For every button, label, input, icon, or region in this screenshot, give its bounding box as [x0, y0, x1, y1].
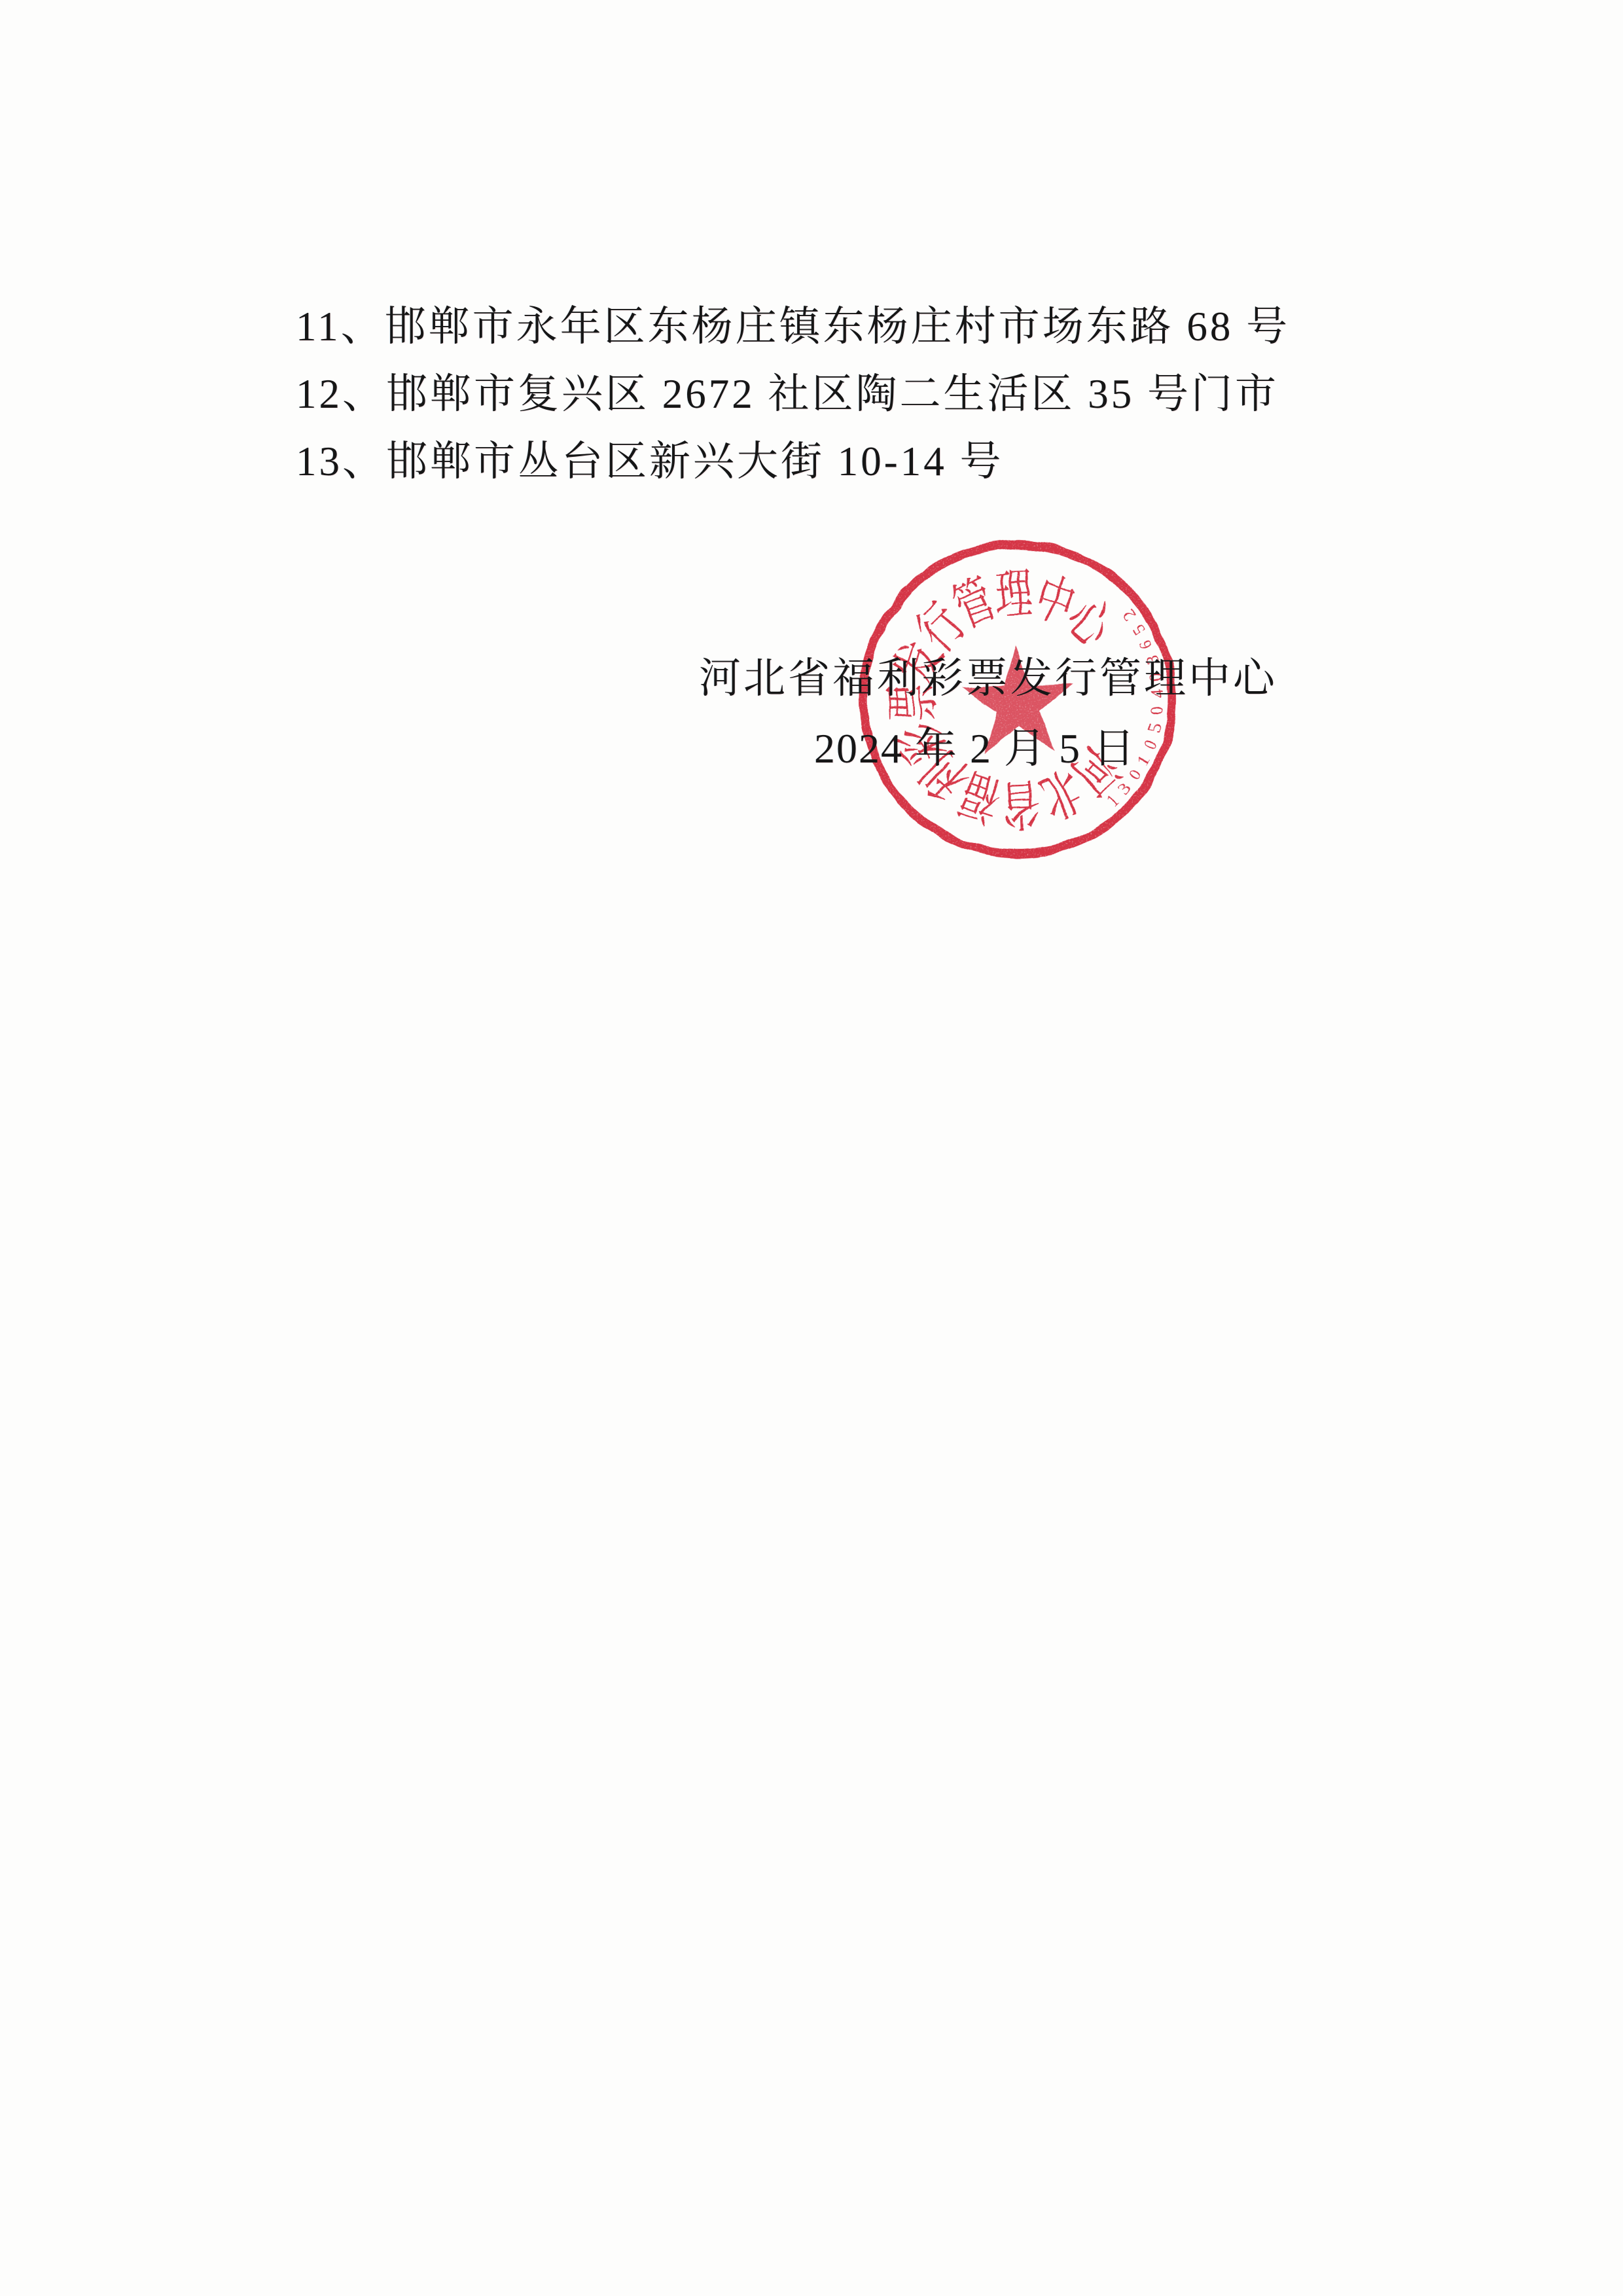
signature-date: 2024 年 2 月 5 日 — [814, 715, 1136, 775]
svg-text:0: 0 — [1147, 706, 1167, 716]
svg-text:1: 1 — [1103, 791, 1122, 811]
address-list: 11、邯郸市永年区东杨庄镇东杨庄村市场东路 68 号 12、邯郸市复兴区 267… — [296, 293, 1290, 495]
svg-text:省: 省 — [1001, 772, 1041, 833]
svg-text:0: 0 — [1139, 738, 1160, 752]
svg-text:3: 3 — [1115, 780, 1135, 798]
list-item: 12、邯郸市复兴区 2672 社区陶二生活区 35 号门市 — [296, 361, 1290, 428]
svg-text:2: 2 — [1119, 606, 1139, 624]
svg-text:5: 5 — [1144, 722, 1164, 734]
document-page: 11、邯郸市永年区东杨庄镇东杨庄村市场东路 68 号 12、邯郸市复兴区 267… — [0, 0, 1623, 2296]
svg-text:5: 5 — [1128, 620, 1149, 637]
list-item: 11、邯郸市永年区东杨庄镇东杨庄村市场东路 68 号 — [296, 293, 1290, 361]
signature-org: 河北省福利彩票发行管理中心 — [699, 645, 1277, 705]
list-item: 13、邯郸市丛台区新兴大街 10-14 号 — [296, 428, 1290, 495]
